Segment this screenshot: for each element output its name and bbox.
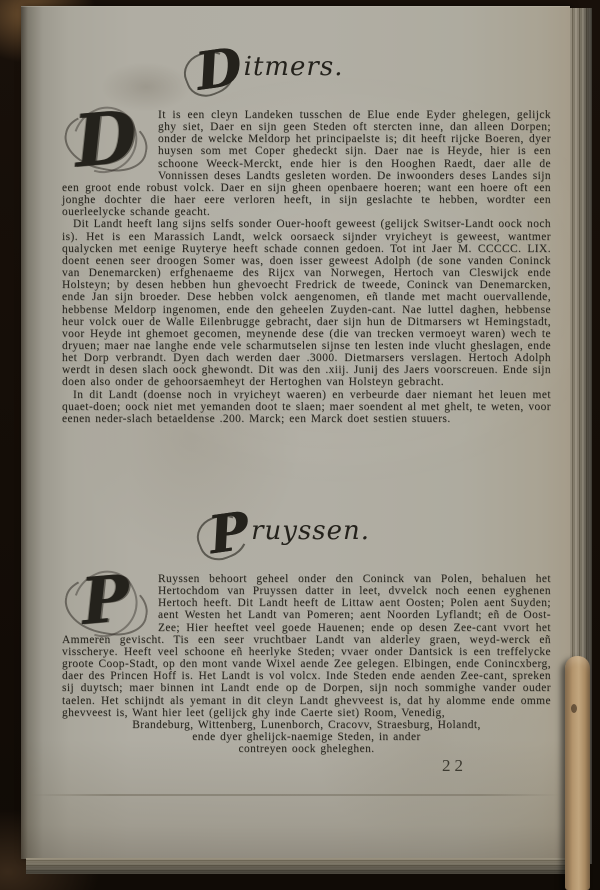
heading-text-pruyssen: ruyssen. [251,516,370,546]
closing-line: ende dyer ghelijck-naemige Steden, in an… [62,731,551,743]
paragraph: DIt is een cleyn Landeken tusschen de El… [62,109,551,218]
drop-cap-d: D [59,106,152,175]
drop-cap-p: P [60,570,153,633]
bookmark-tab [565,656,590,890]
closing-lines: Brandeburg, Wittenberg, Lunenborch, Crac… [62,719,551,756]
paragraph-text: In dit Landt (doense noch in vryicheyt w… [62,389,551,425]
ornate-heading-initial-p: P [206,509,251,560]
closing-line: contreyen oock gheleghen. [62,743,551,755]
section-heading-ditmers: Ditmers. [0,47,544,93]
page-edges-bottom [26,858,582,874]
paragraph-text: Dit Landt heeft lang sijns selfs sonder … [62,218,551,388]
heading-text-ditmers: itmers. [244,52,344,82]
photo-backdrop: Ditmers. DIt is een cleyn Landeken tussc… [0,0,600,890]
text-column-pruyssen: PRuyssen behoort geheel onder den Coninc… [62,573,551,756]
book-page: Ditmers. DIt is een cleyn Landeken tussc… [21,6,570,859]
section-heading-pruyssen: Pruyssen. [15,511,564,557]
page-number: 22 [442,756,467,776]
crease-line [31,794,560,796]
text-column-ditmers: DIt is een cleyn Landeken tusschen de El… [62,109,551,425]
paragraph: PRuyssen behoort geheel onder den Coninc… [62,573,551,719]
closing-line: Brandeburg, Wittenberg, Lunenborch, Crac… [62,719,551,731]
ornate-heading-initial-d: D [193,44,244,96]
